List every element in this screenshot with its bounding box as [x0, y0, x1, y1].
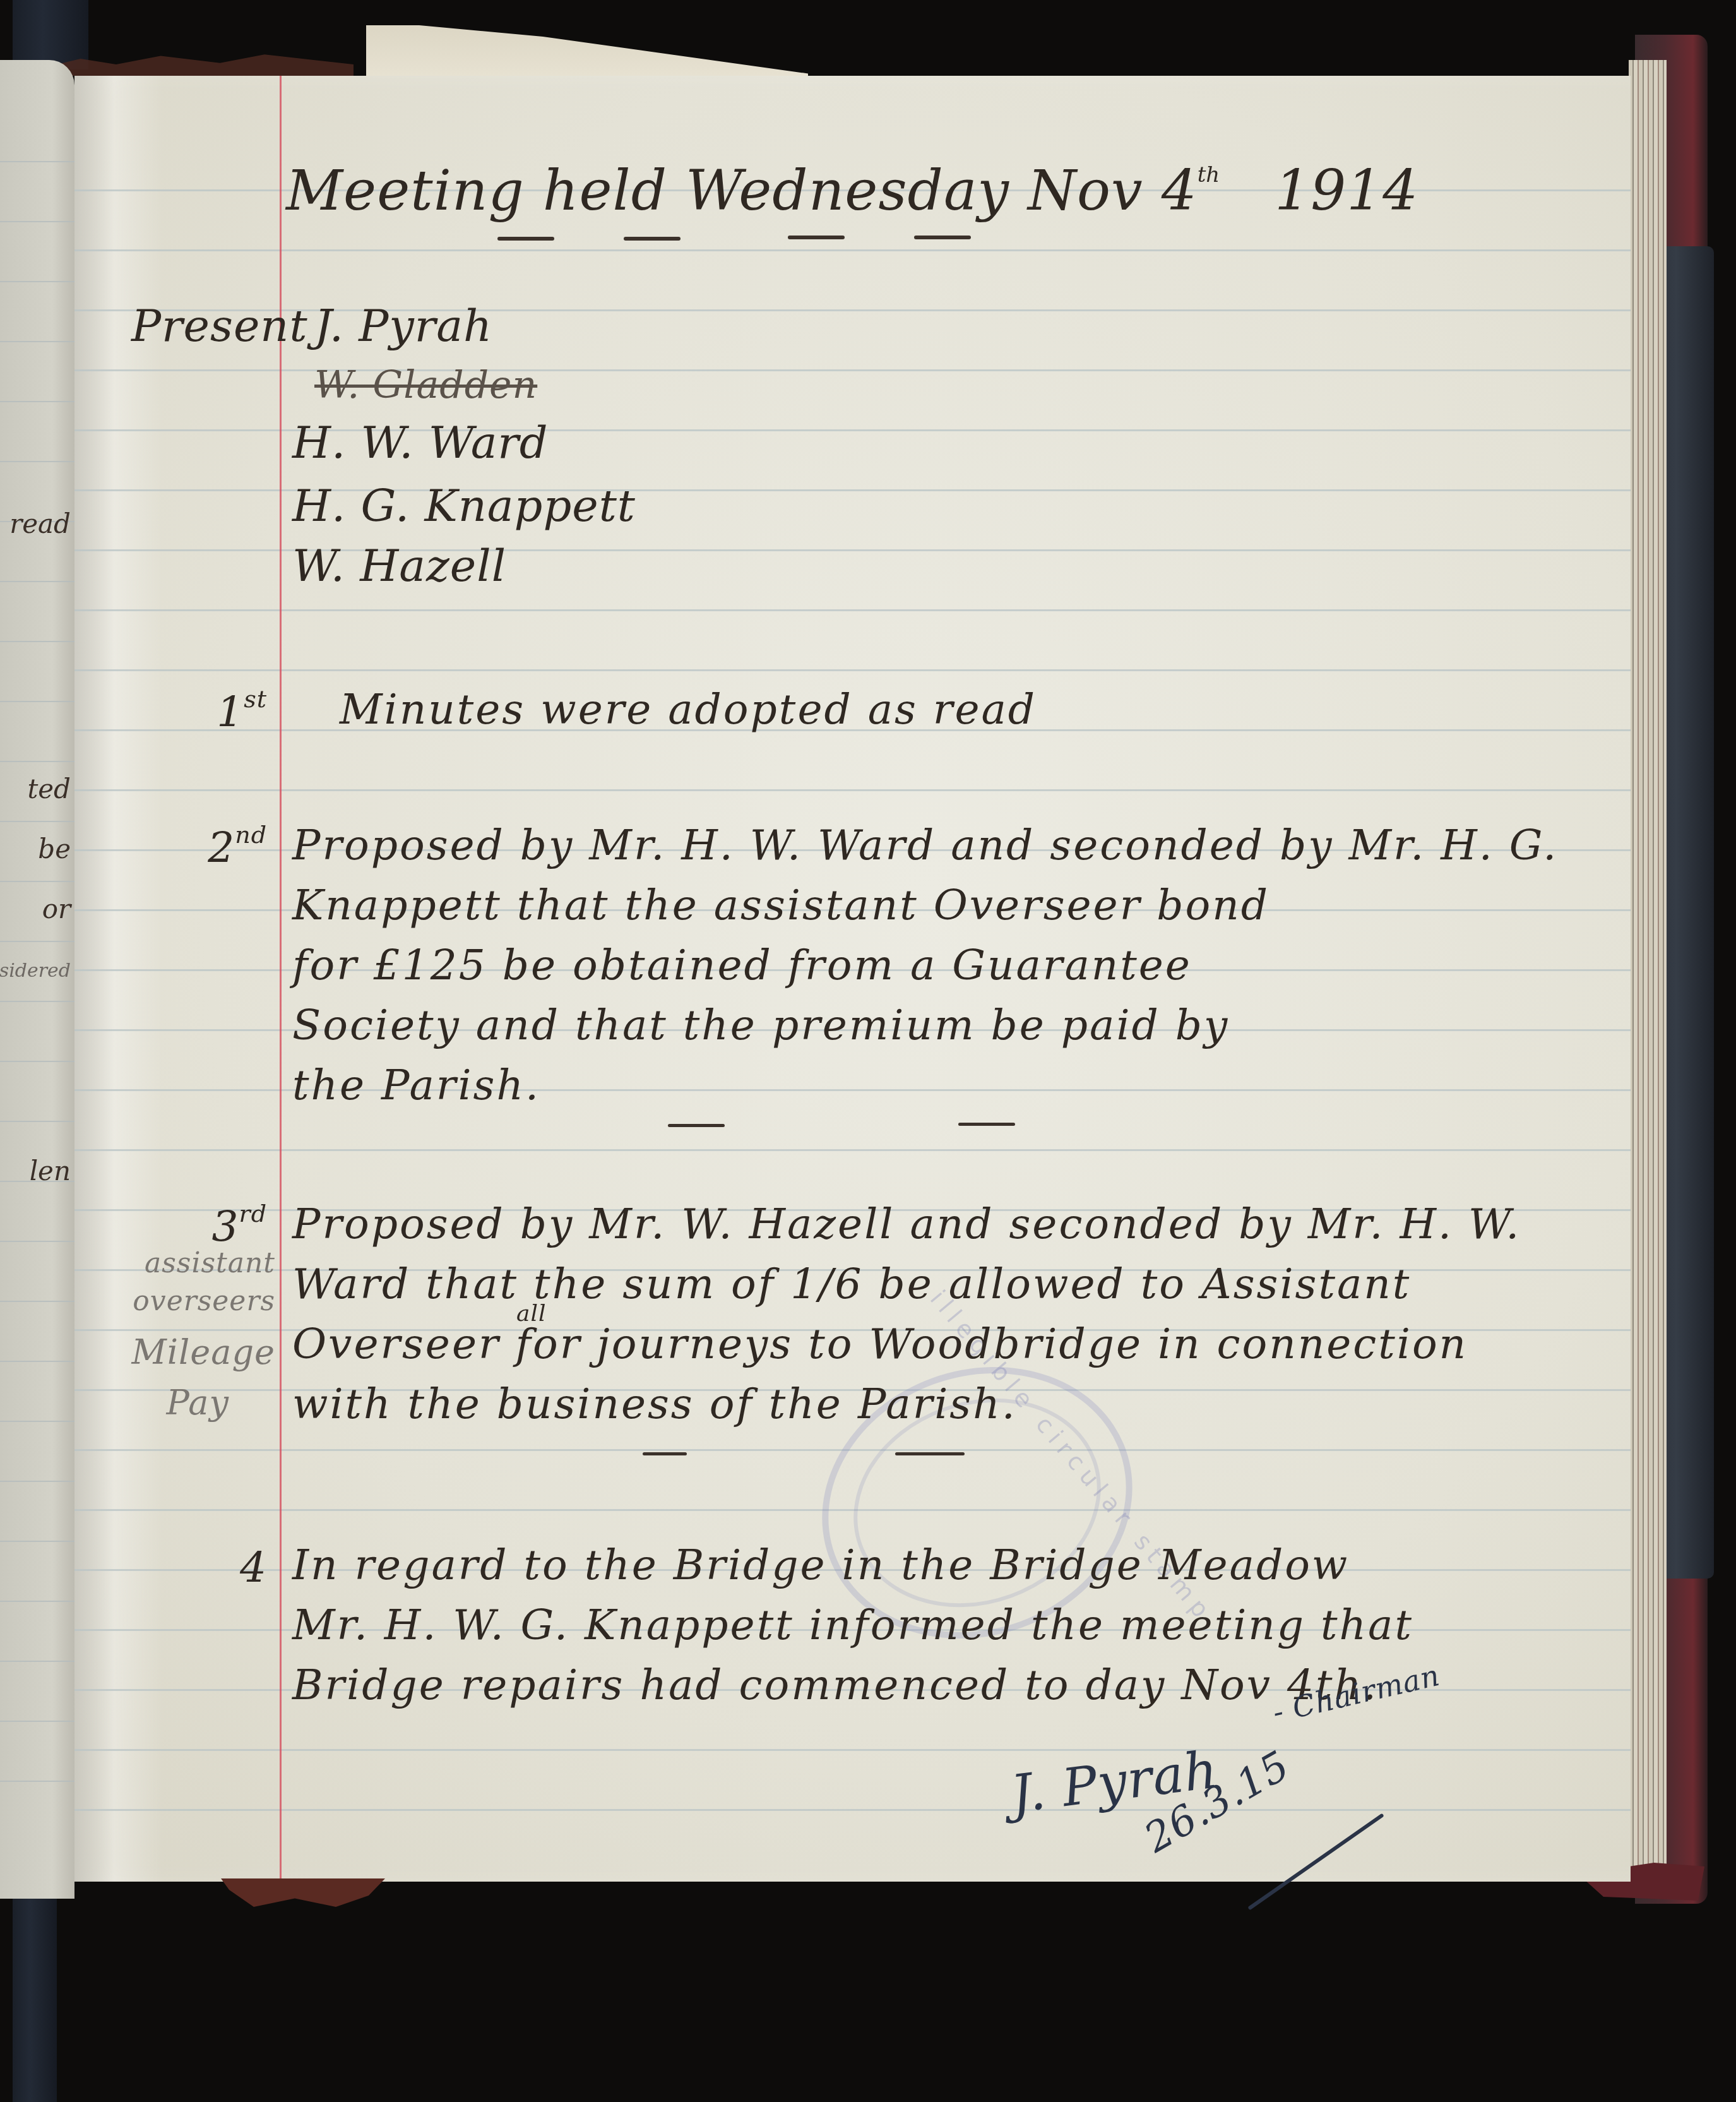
left-page-fragment: sidered [0, 960, 71, 982]
margin-note-pencil: overseers [133, 1285, 275, 1317]
present-label: Present [131, 300, 308, 352]
margin-note-pencil: Pay [166, 1383, 229, 1423]
item-number: 2nd [208, 821, 267, 872]
minute-page: illegible circular stamp Meeting held We… [74, 76, 1631, 1882]
minute-line: Society and that the premium be paid by [292, 1001, 1229, 1049]
scanned-minute-book-page: read ted be or sidered len illegible cir… [0, 0, 1736, 2102]
minute-line: Proposed by Mr. H. W. Ward and seconded … [292, 821, 1558, 869]
minute-line: Minutes were adopted as read [340, 685, 1037, 734]
attendee-name-struck: W. Gladden [314, 363, 537, 407]
minute-line: with the business of the Parish. [292, 1380, 1017, 1428]
page-edges-stack [1629, 60, 1667, 1878]
minute-line: Overseer for journeys to Woodbridge in c… [292, 1320, 1468, 1368]
minute-line: Ward that the sum of 1/6 be allowed to A… [292, 1260, 1411, 1308]
attendee-name: J. Pyrah [314, 300, 492, 352]
attendee-name: W. Hazell [292, 540, 506, 592]
minute-line: In regard to the Bridge in the Bridge Me… [292, 1541, 1349, 1589]
left-page-fragment: be [38, 833, 71, 864]
minute-line: for £125 be obtained from a Guarantee [292, 941, 1192, 989]
minute-line: Proposed by Mr. W. Hazell and seconded b… [292, 1200, 1521, 1248]
minute-line: Mr. H. W. G. Knappett informed the meeti… [292, 1601, 1413, 1649]
attendee-name: H. G. Knappett [292, 480, 636, 532]
margin-note-pencil: assistant [145, 1247, 275, 1279]
page-title: Meeting held Wednesday Nov 4th 1914 [286, 158, 1418, 223]
left-page-fragment: len [30, 1156, 71, 1186]
minute-line: the Parish. [292, 1061, 540, 1109]
item-number: 1st [217, 685, 267, 736]
attendee-name: H. W. Ward [292, 417, 549, 469]
margin-note-pencil: Mileage [131, 1332, 275, 1372]
book-binding-top [13, 0, 88, 69]
previous-page-edge: read ted be or sidered len [0, 60, 74, 1899]
left-page-fragment: or [42, 893, 71, 924]
left-page-fragment: read [9, 508, 71, 539]
item-number: 3rd [212, 1200, 268, 1251]
signature-date-underline [1247, 1813, 1384, 1910]
cover-edge-bottom [221, 1878, 385, 1907]
cover-edge-top [57, 47, 354, 76]
item-number: 4 [240, 1541, 267, 1592]
minute-line: Bridge repairs had commenced to day Nov … [292, 1661, 1378, 1709]
book-binding-bottom [13, 1894, 57, 2102]
left-page-fragment: ted [27, 773, 71, 804]
torn-leaf-corner [366, 25, 808, 82]
minute-line: Knappett that the assistant Overseer bon… [292, 881, 1269, 929]
